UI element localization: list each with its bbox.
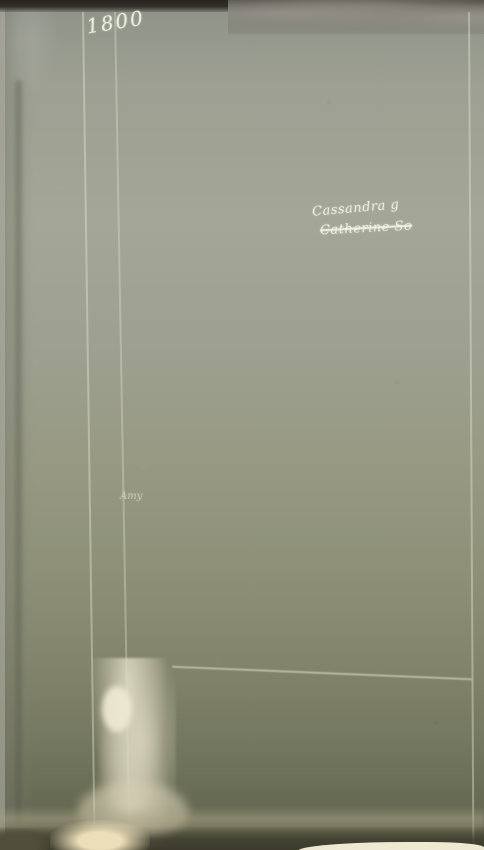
year-heading: 1800 [84, 6, 146, 39]
top-page-edge [0, 0, 484, 12]
worn-patch [90, 658, 176, 850]
column-rule-month [82, 12, 95, 824]
worn-area-bottom [78, 782, 188, 842]
bottom-left-shadow [0, 828, 52, 850]
top-edge-texture [228, 0, 484, 34]
binding-gutter [0, 0, 34, 850]
tear-bottom-right [298, 842, 484, 850]
column-rule-right [468, 12, 474, 850]
register-page: 1800 Cassandra g Catherine So Amy [0, 0, 484, 850]
tear-bottom-left [50, 820, 150, 850]
page-edge [0, 0, 5, 850]
gutter-shadow [15, 80, 22, 825]
bottom-speckle-band [0, 806, 484, 834]
paper-grain [0, 0, 484, 850]
annotation-bride-struck: Catherine So [320, 219, 413, 239]
worn-spot [102, 686, 132, 732]
scratch-mark [172, 666, 472, 680]
annotation-bride-written: Cassandra g [312, 197, 400, 220]
bottom-dark-edge [0, 826, 484, 850]
column-rule-day [114, 12, 130, 824]
interlinear-note: Amy [120, 491, 142, 502]
paper-highlight [0, 0, 60, 100]
